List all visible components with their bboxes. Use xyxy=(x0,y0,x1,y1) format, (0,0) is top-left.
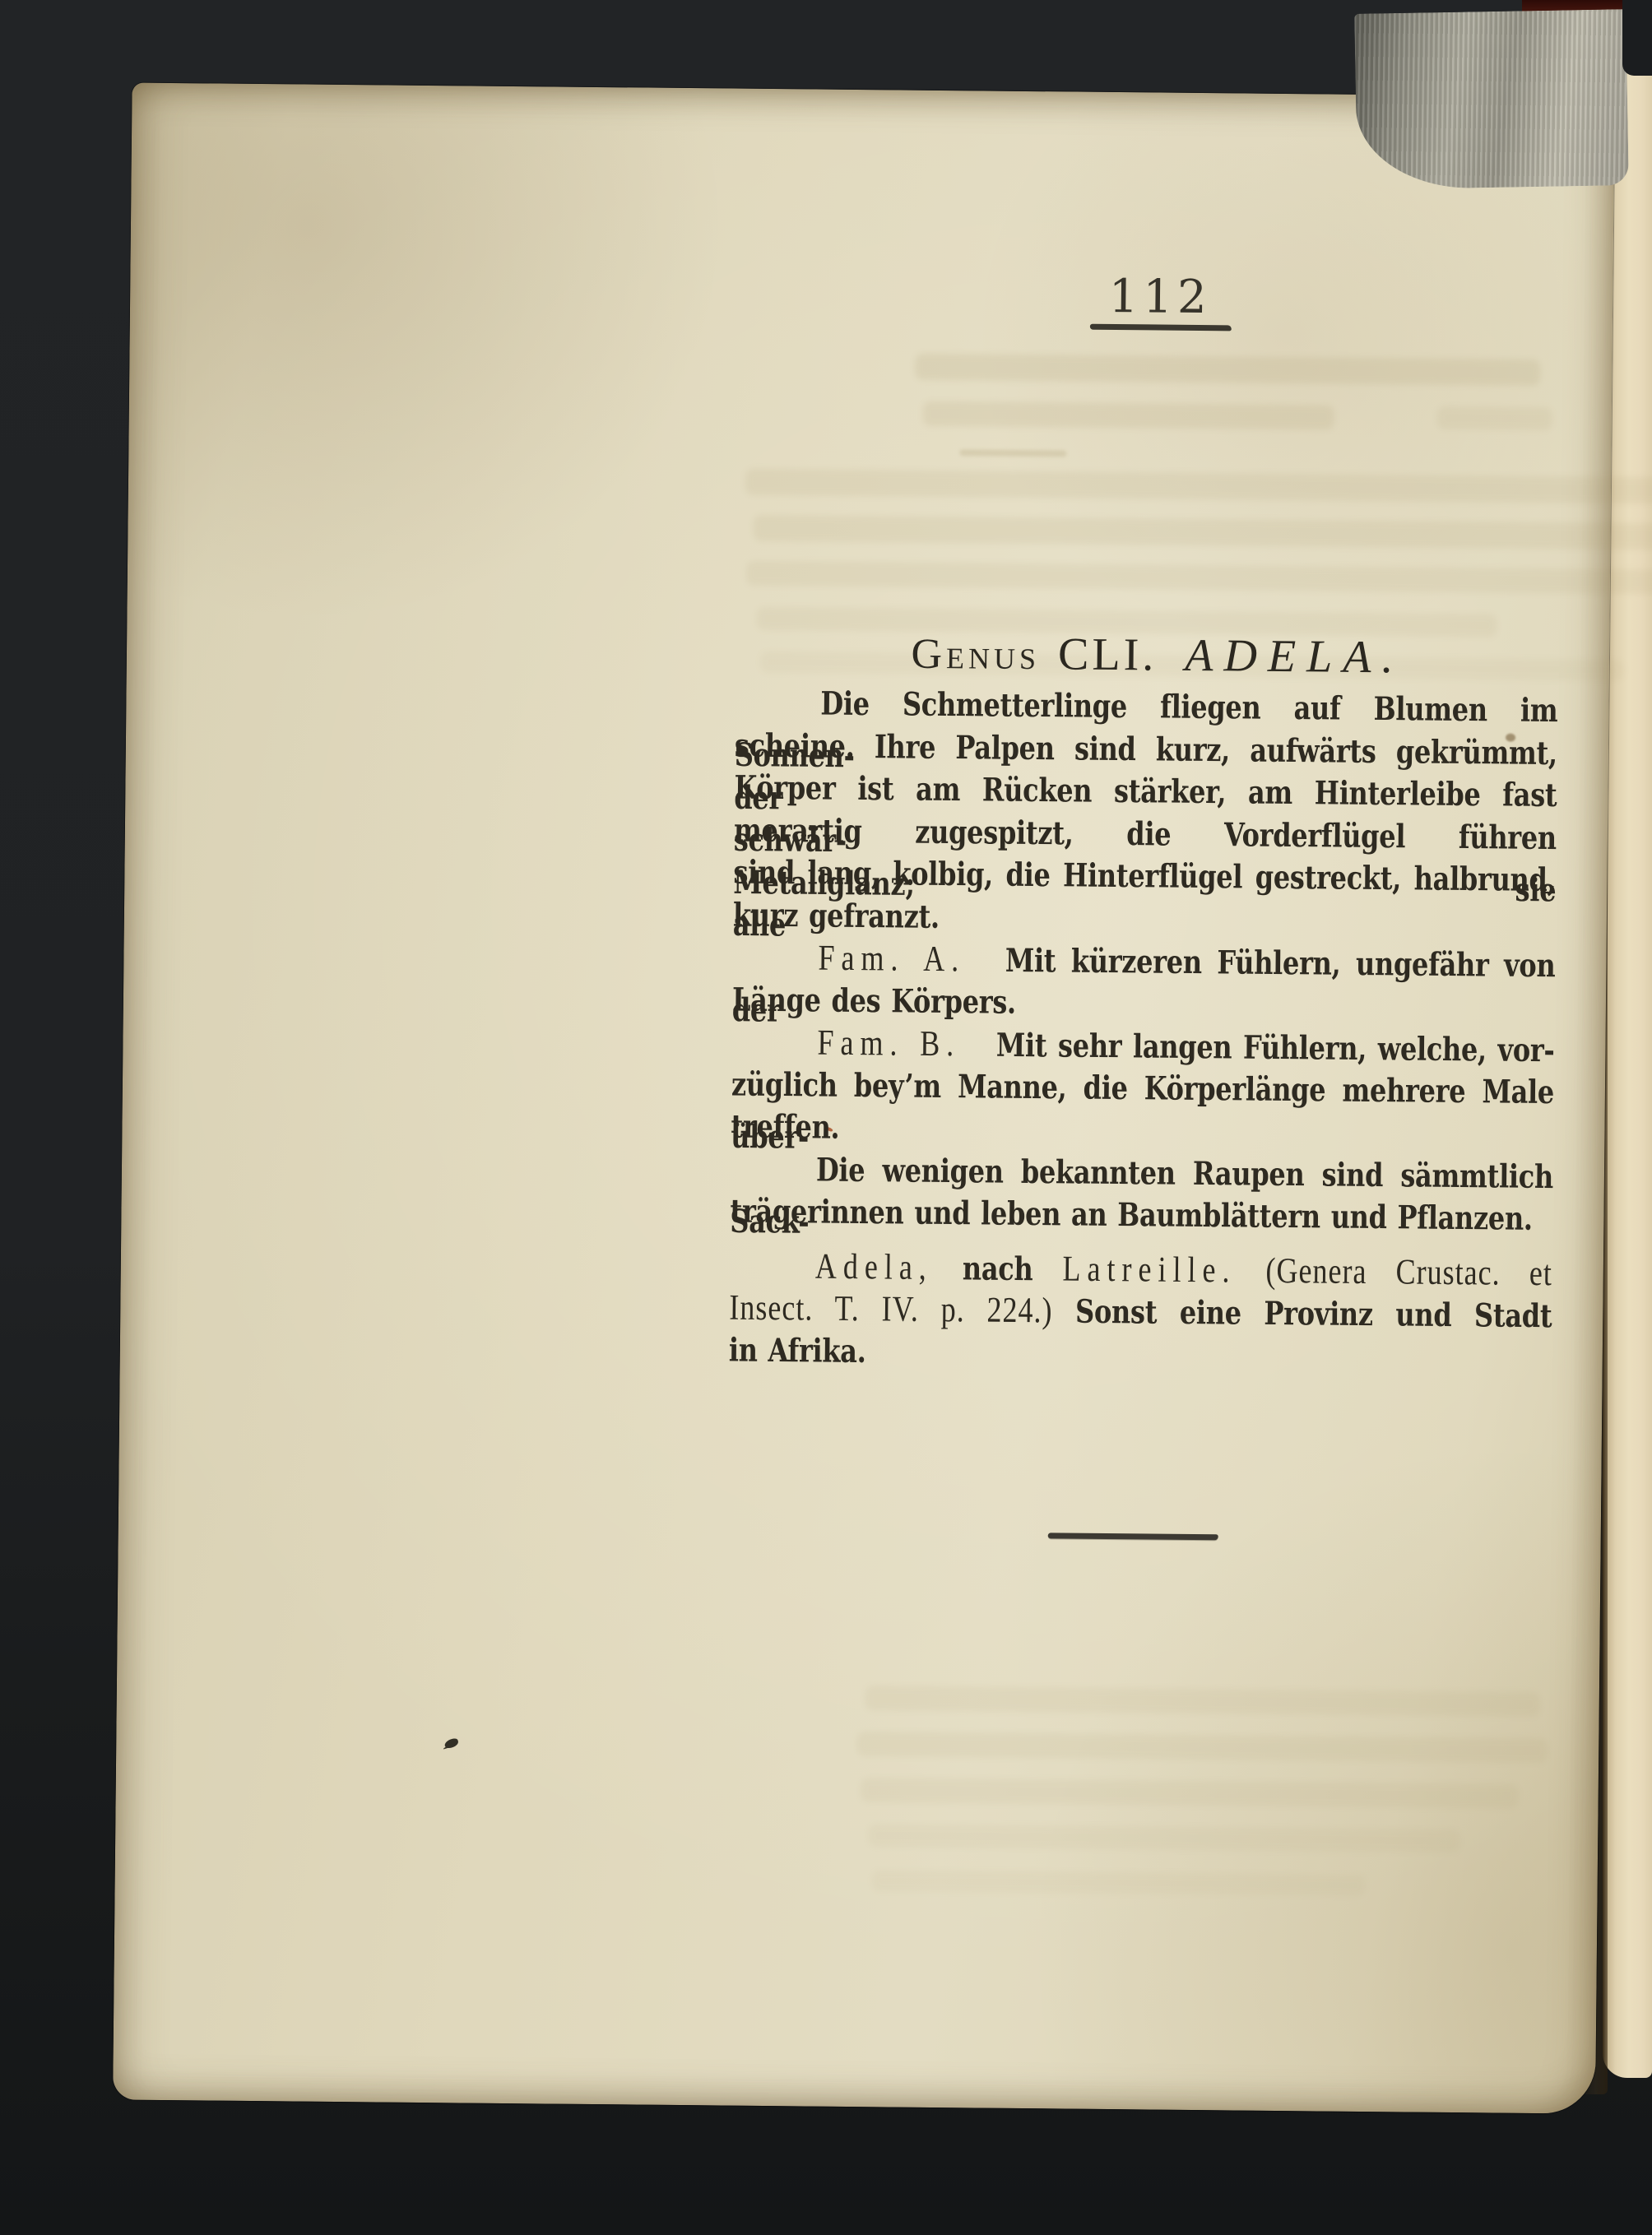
background-corner xyxy=(1622,0,1652,76)
showthrough-line xyxy=(746,561,1652,595)
genus-heading: GenusCLI.ADELA. xyxy=(746,625,1570,686)
stacked-page-edges xyxy=(1354,9,1629,190)
text-segment-sperr: Adela, xyxy=(815,1245,933,1287)
page-number-underline xyxy=(1090,324,1232,332)
text-segment-sperr-wide: Fam. B. xyxy=(817,1022,960,1064)
text-segment-sperr-wide: Fam. A. xyxy=(818,938,965,980)
ink-speck xyxy=(443,1737,459,1750)
text-segment-fraktur: in Afrika. xyxy=(729,1330,866,1370)
text-segment-fraktur: nach xyxy=(963,1249,1033,1287)
text-segment-sperr: Latreille. xyxy=(1062,1248,1236,1290)
book-scan: { "document": { "page_number": "112", "h… xyxy=(0,0,1652,2235)
text-segment-fraktur: trägerinnen und leben an Baumblättern un… xyxy=(730,1192,1533,1238)
paragraph: Die wenigen bekannten Raupen sind sämmtl… xyxy=(730,1151,1553,1244)
text-segment-fraktur: Länge des Körpers. xyxy=(732,980,1016,1021)
text-segment-fraktur: kurz gefranzt. xyxy=(733,895,940,935)
showthrough-line xyxy=(868,1824,1460,1852)
showthrough-line xyxy=(856,1732,1548,1763)
text-segment-antiqua: Insect. T. IV. p. 224.) xyxy=(729,1287,1053,1331)
text-line: in Afrika. xyxy=(729,1324,1552,1384)
showthrough-line xyxy=(1437,406,1552,430)
body-text: Die Schmetterlinge fliegen auf Blumen im… xyxy=(729,685,1558,1383)
showthrough-line xyxy=(872,1870,1366,1896)
showthrough-line xyxy=(865,1686,1540,1717)
showthrough-rule xyxy=(959,449,1066,457)
heading-segment-smallcaps: Genus xyxy=(911,631,1040,679)
text-segment-fraktur: treffen. xyxy=(731,1107,839,1147)
showthrough-line xyxy=(745,469,1652,504)
showthrough-line xyxy=(753,515,1652,550)
book-page: 112 GenusCLI.ADELA. Die Schmetterlinge f… xyxy=(113,83,1614,2114)
page-number: 112 xyxy=(749,267,1572,328)
showthrough-line xyxy=(861,1778,1519,1809)
heading-segment-roman: CLI. xyxy=(1058,628,1158,680)
showthrough-line xyxy=(915,354,1540,386)
showthrough-line xyxy=(923,401,1334,430)
text-segment-antiqua: (Genera Crustac. et xyxy=(1265,1250,1552,1292)
paragraph: Adela, nach Latreille. (Genera Crustac. … xyxy=(729,1247,1552,1382)
section-divider-rule xyxy=(1048,1533,1218,1540)
text-line: trägerinnen und leben an Baumblättern un… xyxy=(730,1186,1553,1245)
paragraph: Die Schmetterlinge fliegen auf Blumen im… xyxy=(733,685,1558,948)
paragraph: Fam. B. Mit sehr langen Fühlern, welche,… xyxy=(731,1024,1554,1159)
heading-segment-italic: ADELA. xyxy=(1185,630,1404,684)
